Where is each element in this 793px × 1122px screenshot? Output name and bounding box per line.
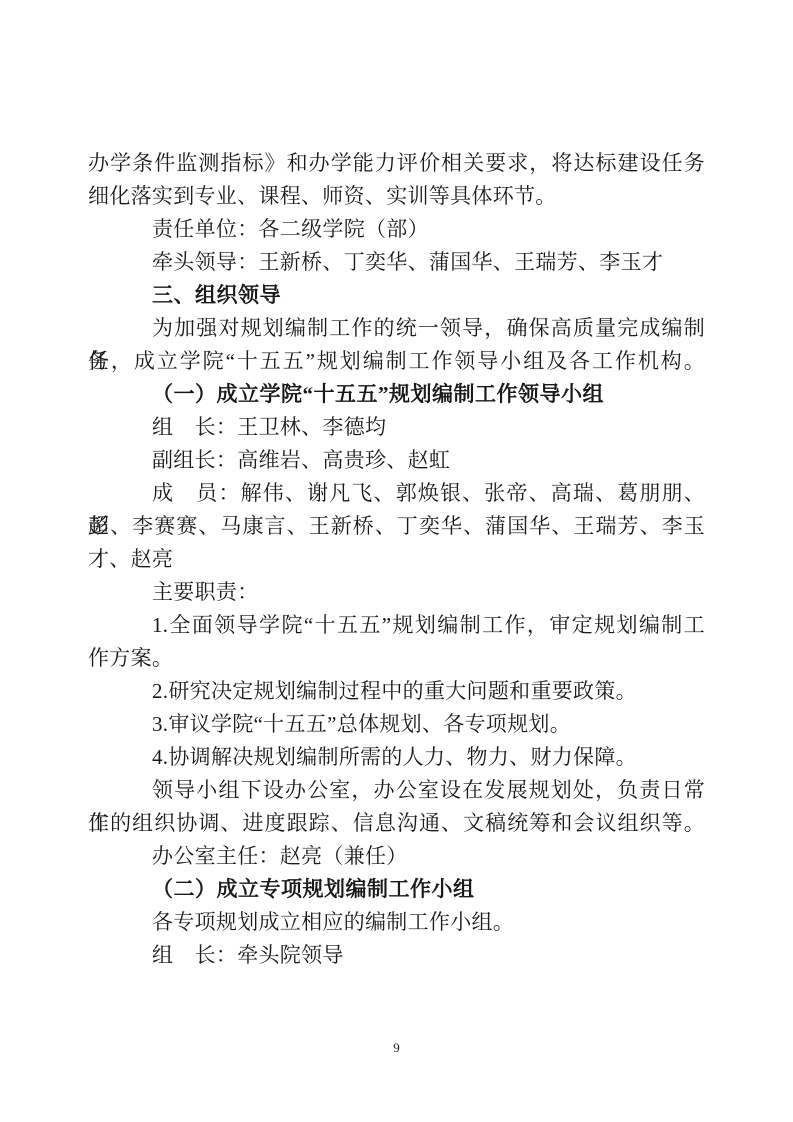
members-line-1: 成 员：解伟、谢凡飞、郭焕银、张帝、高瑞、葛朋朋、彭 xyxy=(88,477,705,510)
lead-leaders-line: 牵头领导：王新桥、丁奕华、蒲国华、王瑞芳、李玉才 xyxy=(88,246,705,279)
section-heading-organization-leadership: 三、组织领导 xyxy=(88,279,705,312)
responsible-unit-line: 责任单位：各二级学院（部） xyxy=(88,213,705,246)
deputy-group-leader-line: 副组长：高维岩、高贵珍、赵虹 xyxy=(88,444,705,477)
members-line-2: 超、李赛赛、马康言、王新桥、丁奕华、蒲国华、王瑞芳、李玉 xyxy=(88,510,705,543)
duty-item-4-line: 4.协调解决规划编制所需的人力、物力、财力保障。 xyxy=(88,741,705,774)
special-plan-group-leader-line: 组 长：牵头院领导 xyxy=(88,939,705,972)
intro-paragraph-line-2: 务，成立学院“十五五”规划编制工作领导小组及各工作机构。 xyxy=(88,345,705,378)
subsection-heading-special-plan-group: （二）成立专项规划编制工作小组 xyxy=(88,873,705,906)
duty-item-2-line: 2.研究决定规划编制过程中的重大问题和重要政策。 xyxy=(88,675,705,708)
office-paragraph-line-2: 作的组织协调、进度跟踪、信息沟通、文稿统筹和会议组织等。 xyxy=(88,807,705,840)
group-leader-line: 组 长：王卫林、李德均 xyxy=(88,411,705,444)
document-body: 办学条件监测指标》和办学能力评价相关要求，将达标建设任务 细化落实到专业、课程、… xyxy=(88,147,705,972)
members-line-3: 才、赵亮 xyxy=(88,543,705,576)
duty-item-1-line-1: 1.全面领导学院“十五五”规划编制工作，审定规划编制工 xyxy=(88,609,705,642)
paragraph-line: 细化落实到专业、课程、师资、实训等具体环节。 xyxy=(88,180,705,213)
document-page: 办学条件监测指标》和办学能力评价相关要求，将达标建设任务 细化落实到专业、课程、… xyxy=(0,0,793,1122)
office-paragraph-line-1: 领导小组下设办公室，办公室设在发展规划处，负责日常工 xyxy=(88,774,705,807)
intro-paragraph-line-1: 为加强对规划编制工作的统一领导，确保高质量完成编制任 xyxy=(88,312,705,345)
main-duties-label-line: 主要职责： xyxy=(88,576,705,609)
office-director-line: 办公室主任：赵亮（兼任） xyxy=(88,840,705,873)
duty-item-3-line: 3.审议学院“十五五”总体规划、各专项规划。 xyxy=(88,708,705,741)
page-number: 9 xyxy=(0,1040,793,1055)
subsection-heading-leading-group: （一）成立学院“十五五”规划编制工作领导小组 xyxy=(88,378,705,411)
paragraph-line-continuation: 办学条件监测指标》和办学能力评价相关要求，将达标建设任务 xyxy=(88,147,705,180)
special-plan-paragraph-line: 各专项规划成立相应的编制工作小组。 xyxy=(88,906,705,939)
duty-item-1-line-2: 作方案。 xyxy=(88,642,705,675)
